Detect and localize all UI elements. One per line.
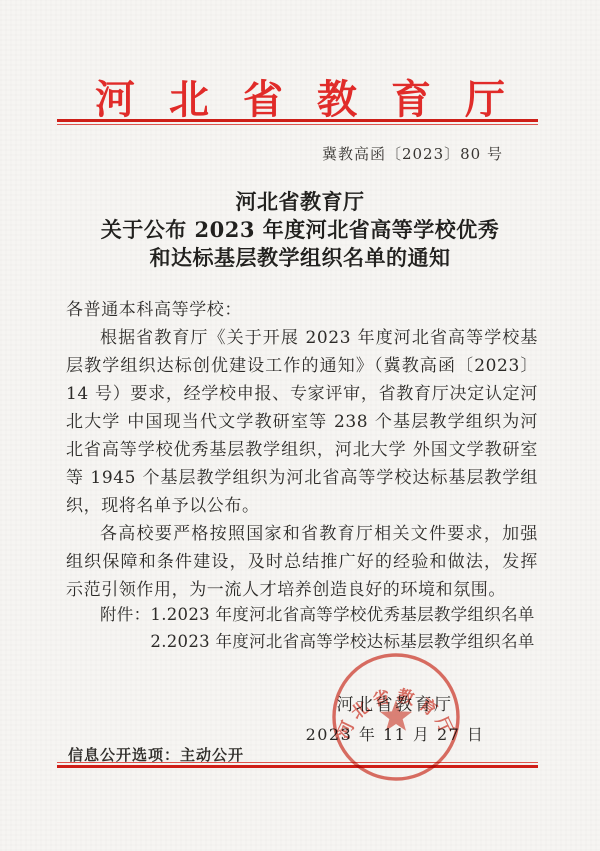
title-line-2: 关于公布 2023 年度河北省高等学校优秀 <box>30 216 570 244</box>
signature-block: 河北省教育厅 2023 年 11 月 27 日 <box>288 690 502 745</box>
body-paragraph-2: 各高校要严格按照国家和省教育厅相关文件要求，加强组织保障和条件建设，及时总结推广… <box>66 520 538 604</box>
document-page: 河北省教育厅 冀教高函〔2023〕80 号 河北省教育厅 关于公布 2023 年… <box>0 0 600 851</box>
body-paragraph-1: 根据省教育厅《关于开展 2023 年度河北省高等学校基层教学组织达标创优建设工作… <box>66 324 538 520</box>
body-text: 各普通本科高等学校： 根据省教育厅《关于开展 2023 年度河北省高等学校基层教… <box>66 296 538 604</box>
attachment-item-1: 1.2023 年度河北省高等学校优秀基层教学组织名单 <box>150 601 534 628</box>
attachment-item-2: 2.2023 年度河北省高等学校达标基层教学组织名单 <box>150 628 534 655</box>
footer-separator-thick <box>57 765 538 768</box>
title-line-3: 和达标基层教学组织名单的通知 <box>30 244 570 272</box>
signer-agency-name: 河北省教育厅 <box>288 690 502 715</box>
attachments-block: 附件： 1.2023 年度河北省高等学校优秀基层教学组织名单 2.2023 年度… <box>100 601 560 655</box>
attachments-list: 1.2023 年度河北省高等学校优秀基层教学组织名单 2.2023 年度河北省高… <box>150 601 534 655</box>
footer-separator-thin <box>57 762 538 763</box>
letterhead-separator-thin <box>57 124 538 125</box>
attachments-label: 附件： <box>100 601 150 655</box>
signature-date: 2023 年 11 月 27 日 <box>288 722 502 745</box>
title-line-1: 河北省教育厅 <box>30 188 570 216</box>
letterhead-agency-name: 河北省教育厅 <box>0 68 600 125</box>
document-title: 河北省教育厅 关于公布 2023 年度河北省高等学校优秀 和达标基层教学组织名单… <box>30 188 570 272</box>
salutation: 各普通本科高等学校： <box>66 296 538 324</box>
document-number: 冀教高函〔2023〕80 号 <box>322 143 503 164</box>
letterhead-separator-thick <box>57 119 538 122</box>
